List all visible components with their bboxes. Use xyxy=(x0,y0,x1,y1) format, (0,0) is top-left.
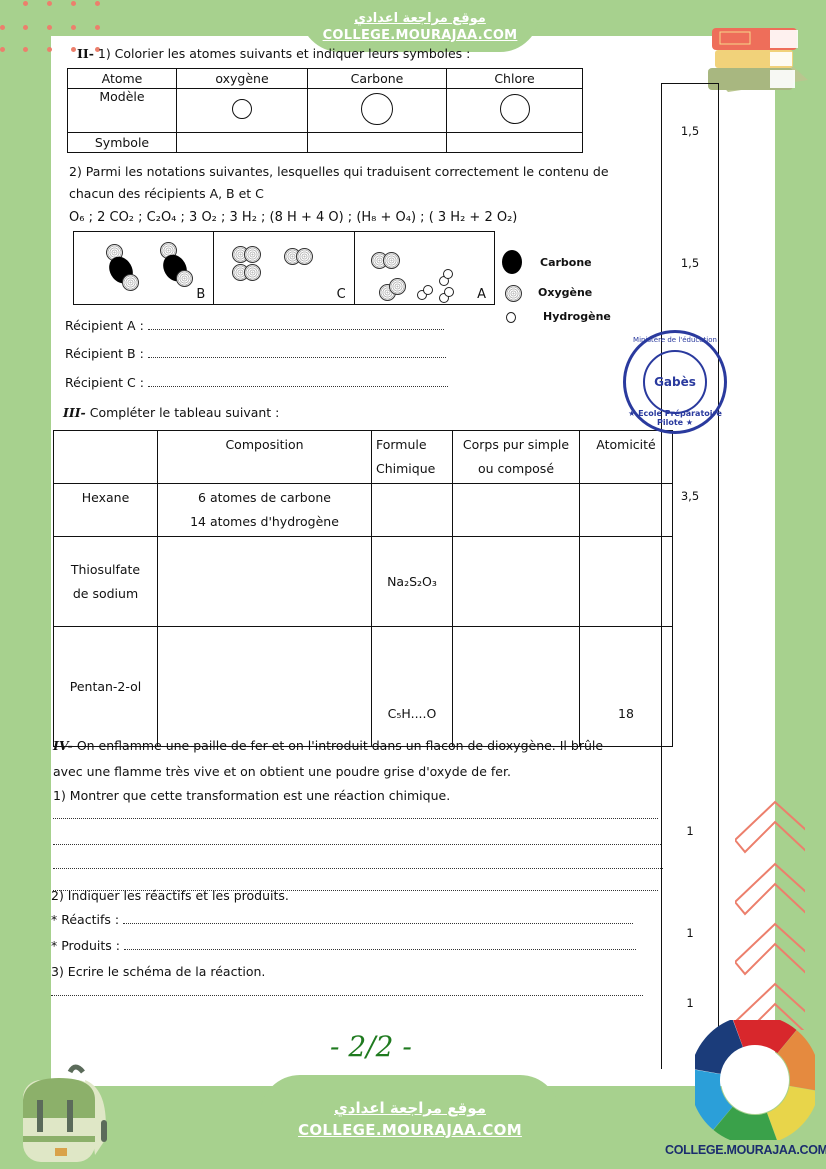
compounds-header-empty xyxy=(54,431,158,484)
atoms-table-label-modele: Modèle xyxy=(68,89,177,133)
site-url[interactable]: COLLEGE.MOURAJAA.COM xyxy=(300,27,540,44)
site-arabic-name-footer[interactable]: موقع مراجعة اعدادي xyxy=(260,1097,560,1119)
container-c-label: C xyxy=(337,287,346,302)
section3-instruction: Compléter le tableau suivant : xyxy=(90,405,280,420)
section4-q2: 2) Indiquer les réactifs et les produits… xyxy=(51,888,289,903)
atoms-table: Atome oxygène Carbone Chlore Modèle Symb… xyxy=(67,68,583,153)
hexane-composition-carbon: 6 atomes de carbone xyxy=(162,486,367,510)
chlorine-symbol-field[interactable] xyxy=(447,133,583,153)
answer-recipient-b[interactable]: Récipient B : xyxy=(65,346,446,361)
row-hexane-atomicity-field[interactable] xyxy=(580,484,673,537)
score-section2-q1: 1,5 xyxy=(662,124,718,138)
compounds-header-composition: Composition xyxy=(158,431,372,484)
section2-heading: II- xyxy=(77,46,94,61)
row-pentanol-name: Pentan-2-ol xyxy=(54,627,158,747)
site-logo-icon xyxy=(695,1020,815,1140)
oxygen-legend-icon xyxy=(505,285,522,302)
section4-q1-answer-line1[interactable] xyxy=(53,808,658,819)
produits-field[interactable] xyxy=(124,939,636,950)
row-pentanol-type-field[interactable] xyxy=(453,627,580,747)
section2-q2-line2: chacun des récipients A, B et C xyxy=(69,186,264,201)
atoms-table-col-carbone: Carbone xyxy=(308,69,447,89)
section4-q1-answer-line3[interactable] xyxy=(53,858,663,869)
score-column: 1,5 1,5 3,5 1 1 1 xyxy=(661,83,719,1069)
reactifs-label: * Réactifs : xyxy=(51,912,119,927)
legend-hydrogene: Hydrogène xyxy=(543,310,611,323)
section4-q1: 1) Montrer que cette transformation est … xyxy=(53,788,450,803)
section4-heading: IV- xyxy=(53,738,73,753)
site-url-footer[interactable]: COLLEGE.MOURAJAA.COM xyxy=(260,1119,560,1141)
site-arabic-name[interactable]: موقع مراجعة اعدادي xyxy=(300,10,540,27)
answer-c-label: Récipient C : xyxy=(65,375,144,390)
answer-c-field[interactable] xyxy=(148,376,448,387)
container-a: A xyxy=(355,232,494,304)
answer-recipient-c[interactable]: Récipient C : xyxy=(65,375,448,390)
produits-label: * Produits : xyxy=(51,938,120,953)
oxygen-model-cell[interactable] xyxy=(177,89,308,133)
row-thiosulfate-composition-field[interactable] xyxy=(158,537,372,627)
section4-reactifs[interactable]: * Réactifs : xyxy=(51,912,633,927)
row-pentanol-composition-field[interactable] xyxy=(158,627,372,747)
row-pentanol-atomicity: 18 xyxy=(580,627,673,747)
school-stamp: Ministère de l'éducation Gabès ★ Ecole P… xyxy=(623,330,727,434)
site-banner-bottom[interactable]: موقع مراجعة اعدادي COLLEGE.MOURAJAA.COM xyxy=(260,1075,560,1169)
answer-a-label: Récipient A : xyxy=(65,318,144,333)
oxygen-symbol-field[interactable] xyxy=(177,133,308,153)
section4-intro-line1: IV- On enflamme une paille de fer et on … xyxy=(53,738,603,753)
section4-intro-line2: avec une flamme très vive et on obtient … xyxy=(53,764,511,779)
section4-produits[interactable]: * Produits : xyxy=(51,938,636,953)
carbon-model-cell[interactable] xyxy=(308,89,447,133)
oxygen-atom-circle[interactable] xyxy=(232,99,252,119)
page-number: - 2/2 - xyxy=(330,1030,412,1063)
row-hexane-name: Hexane xyxy=(54,484,158,537)
row-hexane-formula-field[interactable] xyxy=(372,484,453,537)
carbon-symbol-field[interactable] xyxy=(308,133,447,153)
section2-question1: II- 1) Colorier les atomes suivants et i… xyxy=(77,46,470,61)
answer-b-label: Récipient B : xyxy=(65,346,144,361)
score-section3: 3,5 xyxy=(662,489,718,503)
score-section4-q1: 1 xyxy=(662,824,718,838)
thiosulfate-name-line2: de sodium xyxy=(58,582,153,606)
section4-q3: 3) Ecrire le schéma de la réaction. xyxy=(51,964,265,979)
section2-q2-line1: 2) Parmi les notations suivantes, lesque… xyxy=(69,164,609,179)
row-hexane-type-field[interactable] xyxy=(453,484,580,537)
row-thiosulfate-atomicity-field[interactable] xyxy=(580,537,673,627)
legend-oxygene: Oxygène xyxy=(538,286,592,299)
carbon-atom-circle[interactable] xyxy=(361,93,393,125)
backpack-icon xyxy=(15,1060,110,1165)
section3-heading: III- xyxy=(63,405,86,420)
hydrogen-legend-icon xyxy=(506,312,516,323)
answer-recipient-a[interactable]: Récipient A : xyxy=(65,318,444,333)
score-section2-q2: 1,5 xyxy=(662,256,718,270)
stamp-bottom-text: ★ Ecole Préparatoire Pilote ★ xyxy=(626,409,724,427)
section4-intro-text1: On enflamme une paille de fer et on l'in… xyxy=(77,738,603,753)
atoms-table-col-oxygene: oxygène xyxy=(177,69,308,89)
site-banner-top[interactable]: موقع مراجعة اعدادي COLLEGE.MOURAJAA.COM xyxy=(300,0,540,52)
carbon-legend-icon xyxy=(502,250,522,274)
thiosulfate-name-line1: Thiosulfate xyxy=(58,558,153,582)
section3-title: III- Compléter le tableau suivant : xyxy=(63,405,279,420)
hexane-composition-hydrogen: 14 atomes d'hydrogène xyxy=(162,510,367,534)
atoms-table-col-chlore: Chlore xyxy=(447,69,583,89)
container-b: B xyxy=(74,232,214,304)
score-section4-q3: 1 xyxy=(662,996,718,1010)
compounds-header-formula: Formule Chimique xyxy=(372,431,453,484)
container-c: C xyxy=(214,232,354,304)
logo-caption: COLLEGE.MOURAJAA.COM xyxy=(665,1143,826,1157)
stamp-top-text: Ministère de l'éducation xyxy=(626,336,724,344)
atoms-table-header-atome: Atome xyxy=(68,69,177,89)
row-thiosulfate-name: Thiosulfate de sodium xyxy=(54,537,158,627)
compounds-header-atomicity: Atomicité xyxy=(580,431,673,484)
legend-carbone: Carbone xyxy=(540,256,592,269)
container-b-label: B xyxy=(196,287,205,302)
containers-figure: B C A xyxy=(73,231,495,305)
chevron-decoration-icon xyxy=(735,790,805,1030)
answer-a-field[interactable] xyxy=(148,319,444,330)
stamp-city: Gabès xyxy=(654,375,696,389)
section4-q3-answer-line[interactable] xyxy=(51,985,643,996)
section2-q1-text: 1) Colorier les atomes suivants et indiq… xyxy=(98,46,470,61)
row-thiosulfate-formula: Na₂S₂O₃ xyxy=(372,537,453,627)
section4-q1-answer-line2[interactable] xyxy=(53,834,661,845)
row-hexane-composition: 6 atomes de carbone 14 atomes d'hydrogèn… xyxy=(158,484,372,537)
notations-list: O₆ ; 2 CO₂ ; C₂O₄ ; 3 O₂ ; 3 H₂ ; (8 H +… xyxy=(69,210,517,225)
answer-b-field[interactable] xyxy=(148,347,446,358)
container-a-label: A xyxy=(477,287,486,302)
reactifs-field[interactable] xyxy=(123,913,633,924)
row-pentanol-formula: C₅H....O xyxy=(372,627,453,747)
atoms-table-label-symbole: Symbole xyxy=(68,133,177,153)
chlorine-atom-circle[interactable] xyxy=(500,94,530,124)
score-section4-q2: 1 xyxy=(662,926,718,940)
compounds-header-type: Corps pur simple ou composé xyxy=(453,431,580,484)
chlorine-model-cell[interactable] xyxy=(447,89,583,133)
compounds-table: Composition Formule Chimique Corps pur s… xyxy=(53,430,673,747)
row-thiosulfate-type-field[interactable] xyxy=(453,537,580,627)
stamp-center: Gabès xyxy=(643,350,707,414)
